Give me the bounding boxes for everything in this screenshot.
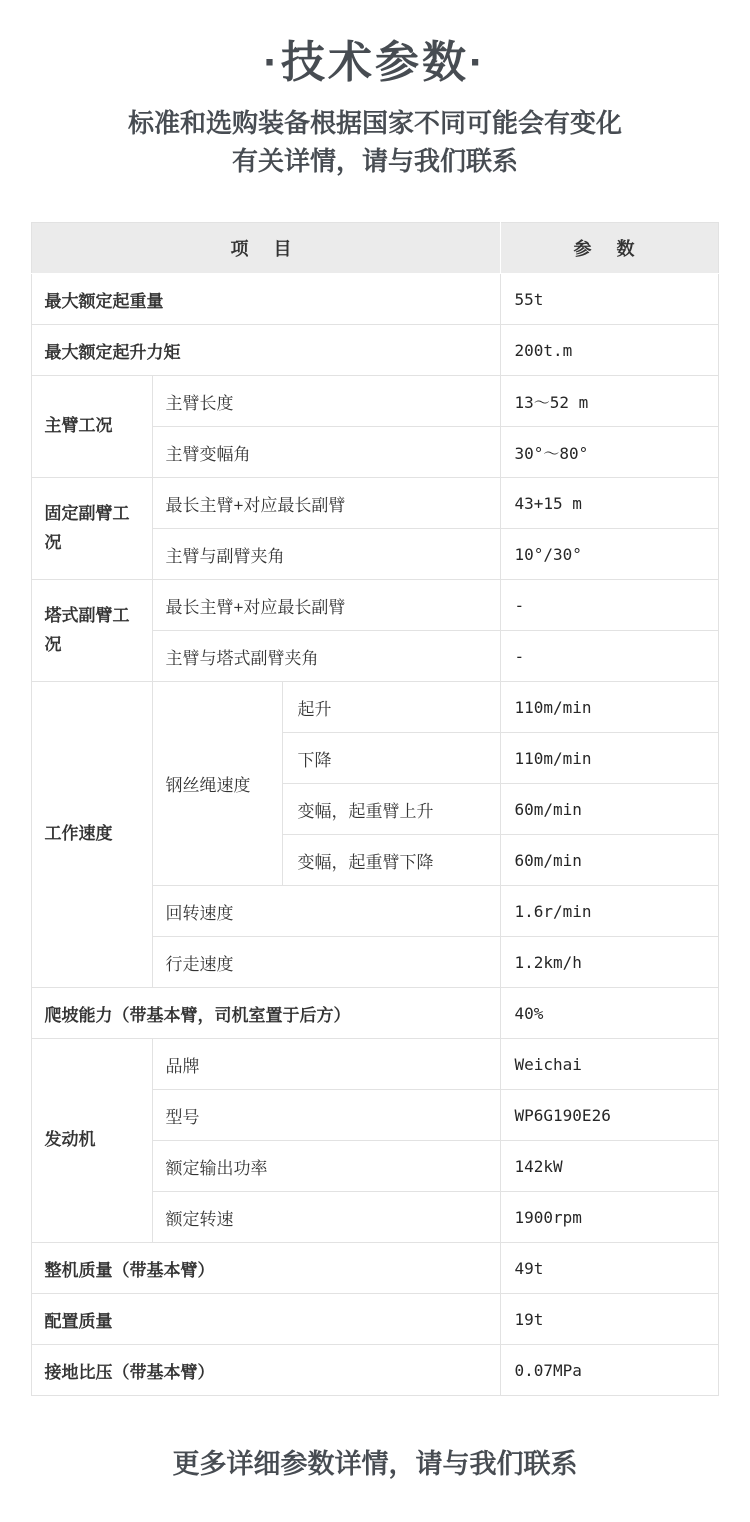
table-row: 接地比压（带基本臂） 0.07MPa — [32, 1345, 718, 1396]
table-row: 最大额定起升力矩 200t.m — [32, 325, 718, 376]
spec-label-cell: 回转速度 — [153, 886, 500, 937]
spec-value-cell: 1.6r/min — [500, 886, 718, 937]
spec-value-cell: 10°/30° — [500, 529, 718, 580]
spec-group-cell: 工作速度 — [32, 682, 153, 988]
spec-label-cell: 主臂变幅角 — [153, 427, 500, 478]
spec-value-cell: Weichai — [500, 1039, 718, 1090]
spec-value-cell: 43+15 m — [500, 478, 718, 529]
table-row: 塔式副臂工况 最长主臂+对应最长副臂 - — [32, 580, 718, 631]
spec-value-cell: 49t — [500, 1243, 718, 1294]
spec-label-cell: 品牌 — [153, 1039, 500, 1090]
col-header-item: 项 目 — [32, 223, 500, 274]
spec-group-cell: 主臂工况 — [32, 376, 153, 478]
spec-value-cell: 1.2km/h — [500, 937, 718, 988]
spec-label-cell: 配置质量 — [32, 1294, 500, 1345]
spec-value-cell: 40% — [500, 988, 718, 1039]
spec-group-cell: 塔式副臂工况 — [32, 580, 153, 682]
spec-label-cell: 爬坡能力（带基本臂，司机室置于后方） — [32, 988, 500, 1039]
spec-subgroup-cell: 钢丝绳速度 — [153, 682, 283, 886]
spec-label-cell: 主臂与塔式副臂夹角 — [153, 631, 500, 682]
table-row: 发动机 品牌 Weichai — [32, 1039, 718, 1090]
spec-label-cell: 下降 — [283, 733, 500, 784]
spec-label-cell: 最长主臂+对应最长副臂 — [153, 580, 500, 631]
spec-value-cell: 142kW — [500, 1141, 718, 1192]
footer-note: 更多详细参数详情，请与我们联系 — [0, 1442, 750, 1481]
spec-value-cell: 200t.m — [500, 325, 718, 376]
spec-value-cell: 60m/min — [500, 835, 718, 886]
spec-label-cell: 变幅，起重臂上升 — [283, 784, 500, 835]
spec-label-cell: 行走速度 — [153, 937, 500, 988]
subtitle-line-2: 有关详情，请与我们联系 — [0, 142, 750, 180]
spec-value-cell: 55t — [500, 274, 718, 325]
page-title: ·技术参数· — [0, 26, 750, 90]
spec-label-cell: 额定转速 — [153, 1192, 500, 1243]
table-row: 整机质量（带基本臂） 49t — [32, 1243, 718, 1294]
spec-label-cell: 型号 — [153, 1090, 500, 1141]
col-header-param: 参 数 — [500, 223, 718, 274]
spec-label-cell: 变幅，起重臂下降 — [283, 835, 500, 886]
spec-value-cell: - — [500, 631, 718, 682]
table-row: 固定副臂工况 最长主臂+对应最长副臂 43+15 m — [32, 478, 718, 529]
table-header-row: 项 目 参 数 — [32, 223, 718, 274]
table-row: 爬坡能力（带基本臂，司机室置于后方） 40% — [32, 988, 718, 1039]
spec-label-cell: 主臂长度 — [153, 376, 500, 427]
spec-label-cell: 整机质量（带基本臂） — [32, 1243, 500, 1294]
spec-group-cell: 固定副臂工况 — [32, 478, 153, 580]
spec-value-cell: 1900rpm — [500, 1192, 718, 1243]
spec-value-cell: 30°～80° — [500, 427, 718, 478]
subtitle-line-1: 标准和选购装备根据国家不同可能会有变化 — [0, 104, 750, 142]
spec-table: 项 目 参 数 最大额定起重量 55t 最大额定起升力矩 200t.m 主臂工况… — [31, 222, 718, 1396]
table-row: 最大额定起重量 55t — [32, 274, 718, 325]
spec-group-cell: 发动机 — [32, 1039, 153, 1243]
page-subtitle: 标准和选购装备根据国家不同可能会有变化 有关详情，请与我们联系 — [0, 104, 750, 180]
spec-label-cell: 额定输出功率 — [153, 1141, 500, 1192]
spec-value-cell: 19t — [500, 1294, 718, 1345]
table-row: 配置质量 19t — [32, 1294, 718, 1345]
spec-value-cell: 60m/min — [500, 784, 718, 835]
spec-value-cell: WP6G190E26 — [500, 1090, 718, 1141]
spec-label-cell: 起升 — [283, 682, 500, 733]
table-row: 主臂工况 主臂长度 13～52 m — [32, 376, 718, 427]
table-row: 工作速度 钢丝绳速度 起升 110m/min — [32, 682, 718, 733]
spec-value-cell: - — [500, 580, 718, 631]
spec-value-cell: 110m/min — [500, 682, 718, 733]
spec-label-cell: 接地比压（带基本臂） — [32, 1345, 500, 1396]
spec-label-cell: 最大额定起升力矩 — [32, 325, 500, 376]
spec-value-cell: 13～52 m — [500, 376, 718, 427]
spec-label-cell: 最大额定起重量 — [32, 274, 500, 325]
spec-value-cell: 110m/min — [500, 733, 718, 784]
spec-label-cell: 主臂与副臂夹角 — [153, 529, 500, 580]
spec-value-cell: 0.07MPa — [500, 1345, 718, 1396]
spec-label-cell: 最长主臂+对应最长副臂 — [153, 478, 500, 529]
